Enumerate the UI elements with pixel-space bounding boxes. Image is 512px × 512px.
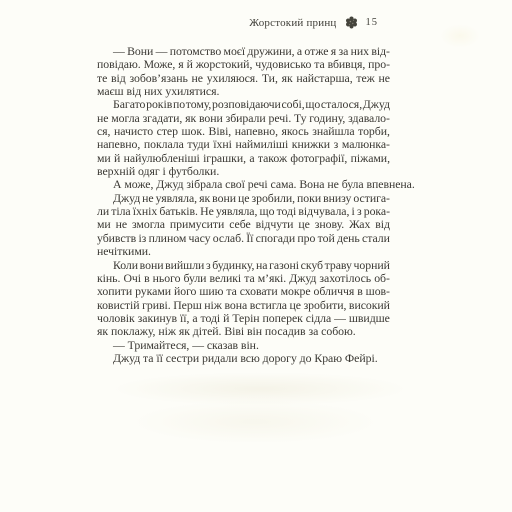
- florette-icon: [345, 16, 358, 29]
- text-line: литілаїхніхбатьків.Неуявляла,щотодівідчу…: [97, 205, 390, 218]
- text-line: кінь.Очівньогобуливеликітам’які.Джудзахо…: [97, 272, 390, 285]
- text-line: Багатороківпотому,розповідаючисобі,щоста…: [97, 98, 390, 111]
- text-line: чоловікзакинувїї,атодійТерінпоперексідла…: [97, 312, 390, 325]
- text-line: маєш від них ухилятися.: [97, 85, 390, 98]
- book-page: Жорстокий принц: [0, 0, 512, 512]
- page-number: 15: [366, 17, 379, 28]
- text-line: повідаю.Може,яйжорстокий,чудовиськотавби…: [97, 58, 390, 71]
- text-line: хопитирукамийогошиютасховатимокреобличчя…: [97, 285, 390, 298]
- text-line: верхній одяг і футболки.: [97, 165, 390, 178]
- text-line: А може, Джуд зібрала свої речі сама. Вон…: [97, 178, 390, 191]
- paper-ghosting: [130, 400, 380, 444]
- text-line: ся,начистостершок.Віві,напевно,якосьзнай…: [97, 125, 390, 138]
- text-line: Коливонивийшлизбудинку,нагазоніскубтраву…: [97, 259, 390, 272]
- paper-ghosting: [110, 372, 410, 406]
- text-line: ковистійгриві.Першніжвонавстиглацезробит…: [97, 299, 390, 312]
- text-line: напевно,поклалатудиїхнінаймилішікнижкизм…: [97, 138, 390, 151]
- text-line: нечіткими.: [97, 245, 390, 258]
- text-line: як поклажу, ніж як дітей. Віві він посад…: [97, 325, 390, 338]
- running-head-title: Жорстокий принц: [249, 17, 336, 29]
- text-line: тевідзобов’язаньнеухиляюся.Ти,якнайстарш…: [97, 72, 390, 85]
- text-line: минезмоглапримуситисебевідчутицезнову.Жа…: [97, 218, 390, 231]
- text-line: — Тримайтеся, — сказав він.: [97, 339, 390, 352]
- page-header: Жорстокий принц: [249, 16, 378, 29]
- text-line: убивствізплиномчасуослаб.Їїспогадипротой…: [97, 232, 390, 245]
- paper-ghosting: [440, 24, 480, 48]
- text-line: Джуднеуявляла,яквоницезробили,покивнизуо…: [97, 192, 390, 205]
- text-line: немоглазгадати,яквонизбиралиречі.Тугодин…: [97, 112, 390, 125]
- text-line: —Вони—потомствомоєїдружини,аотжеязанихві…: [97, 45, 390, 58]
- text-line: Джуд та її сестри ридали всю дорогу до К…: [97, 352, 390, 365]
- page-text: —Вони—потомствомоєїдружини,аотжеязанихві…: [97, 45, 390, 365]
- text-line: мийнайулюбленішііграшки,атакожфотографії…: [97, 152, 390, 165]
